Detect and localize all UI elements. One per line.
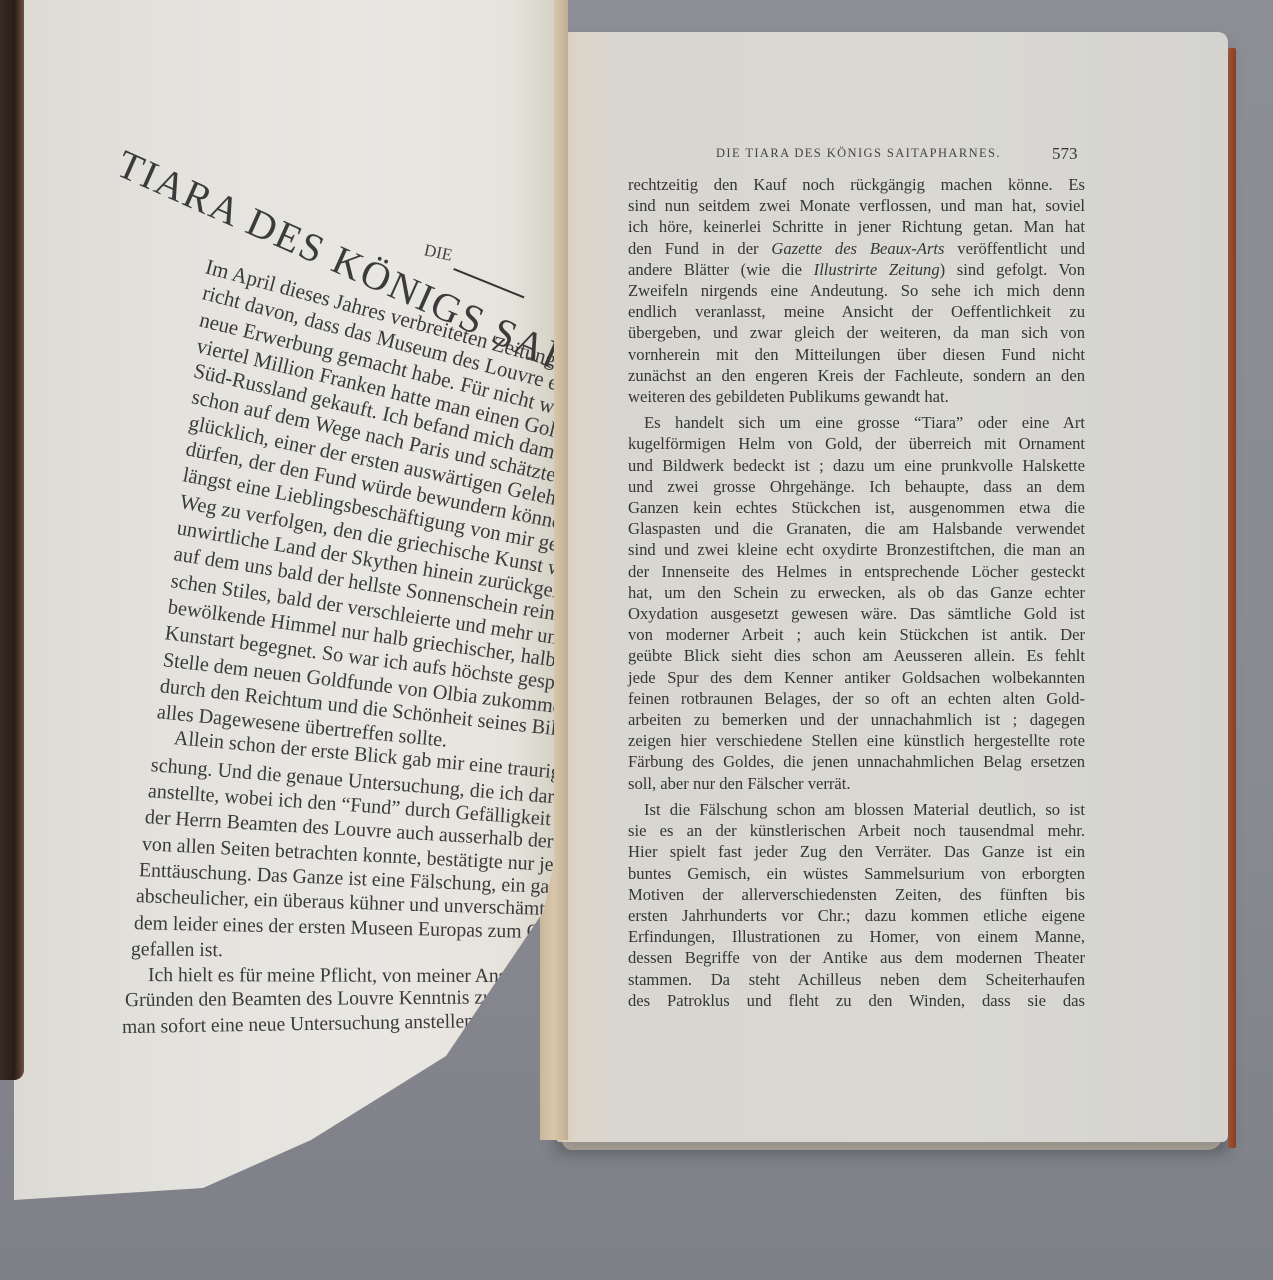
- text-line: zeigen hier verschiedene Stellen eine kü…: [628, 730, 1085, 751]
- paragraph-2: Es handelt sich um eine grosse “Tiara” o…: [628, 412, 1085, 794]
- text-line: Motiven der allerverschiedensten Zeiten,…: [628, 884, 1085, 905]
- text-line: geübte Blick sieht dies schon am Aeusser…: [628, 645, 1085, 666]
- text-line: jede Spur des dem Kenner antiker Goldsac…: [628, 667, 1085, 688]
- text-line: feinen rotbraunen Belages, der so oft an…: [628, 688, 1085, 709]
- paragraph-1: rechtzeitig den Kauf noch rückgängig mac…: [628, 174, 1085, 407]
- text-line: des Patroklus und fleht zu den Winden, d…: [628, 990, 1085, 1011]
- text-line: von moderner Arbeit ; auch kein Stückche…: [628, 624, 1085, 645]
- text-line: arbeiten zu bemerken und der unnachahmli…: [628, 709, 1085, 730]
- text-line: Oxydation ausgesetzt gewesen wäre. Das s…: [628, 603, 1085, 624]
- text-line: Ganzen kein echtes Stückchen ist, ausgen…: [628, 497, 1085, 518]
- text-line: sie es an der künstlerischen Arbeit noch…: [628, 820, 1085, 841]
- text-line: andere Blätter (wie die Illustrirte Zeit…: [628, 259, 1085, 280]
- open-book-photo: Die Tiara des Königs Saitapharnes. 573 r…: [0, 0, 1273, 1280]
- text-line: und zwei grosse Ohrgehänge. Ich behaupte…: [628, 476, 1085, 497]
- chapter-label: Die: [422, 240, 454, 265]
- paragraph-3: Ist die Fälschung schon am blossen Mater…: [628, 799, 1085, 1011]
- text-line: Ist die Fälschung schon am blossen Mater…: [628, 799, 1085, 820]
- text-line: Färbung des Goldes, die jenen unnachahml…: [628, 751, 1085, 772]
- right-page-body: rechtzeitig den Kauf noch rückgängig mac…: [628, 174, 1085, 1011]
- text-line: stammen. Da steht Achilleus neben dem Sc…: [628, 969, 1085, 990]
- text-line: sind nun seitdem zwei Monate verflossen,…: [628, 195, 1085, 216]
- text-line: Glaspasten und die Granaten, die am Hals…: [628, 518, 1085, 539]
- page-number: 573: [1052, 144, 1078, 164]
- text-line: ersten Jahrhunderts vor Chr.; dazu komme…: [628, 905, 1085, 926]
- text-line: zunächst an den engeren Kreis der Fachle…: [628, 365, 1085, 386]
- text-line: endlich veranlasst, meine Ansicht der Oe…: [628, 301, 1085, 322]
- text-line: sind und zwei kleine echt oxydirte Bronz…: [628, 539, 1085, 560]
- text-line: hat, um den Schein zu erwecken, als ob d…: [628, 582, 1085, 603]
- text-line: buntes Gemisch, ein wüstes Sammelsurium …: [628, 863, 1085, 884]
- text-line: weiteren des gebildeten Publikums gewand…: [628, 386, 1085, 407]
- book-cover-edge-right: [1228, 48, 1236, 1148]
- text-line: den Fund in der Gazette des Beaux-Arts v…: [628, 238, 1085, 259]
- text-line: ich höre, keinerlei Schritte in jener Ri…: [628, 216, 1085, 237]
- text-line: gefallen ist.: [130, 938, 222, 963]
- text-line: Es handelt sich um eine grosse “Tiara” o…: [628, 412, 1085, 433]
- text-line: und Bildwerk bedeckt ist ; dazu um eine …: [628, 455, 1085, 476]
- text-line: rechtzeitig den Kauf noch rückgängig mac…: [628, 174, 1085, 195]
- book-cover-edge-left: [0, 0, 24, 1080]
- text-line: man sofort eine neue Untersuchung anstel…: [122, 1009, 554, 1039]
- running-head: Die Tiara des Königs Saitapharnes.: [716, 146, 1001, 161]
- text-line: vornherein mit den Mitteilungen über die…: [628, 344, 1085, 365]
- text-line: Zweifeln nirgends eine Andeutung. So seh…: [628, 280, 1085, 301]
- text-line: dessen Begriffe von der Antike aus dem m…: [628, 947, 1085, 968]
- left-page: Tiara des Königs Saitapharnes Die Im Apr…: [14, 0, 554, 1200]
- text-line: Hier spielt fast jeder Zug den Verräter.…: [628, 841, 1085, 862]
- text-line: soll, aber nur den Fälscher verrät.: [628, 773, 1085, 794]
- text-line: Gründen den Beamten des Louvre Kenntnis …: [125, 987, 554, 1013]
- text-line: Ich hielt es für meine Pflicht, von mein…: [148, 964, 554, 989]
- text-line: Erfindungen, Illustrationen zu Homer, vo…: [628, 926, 1085, 947]
- text-line: übergeben, und zwar gleich der weiteren,…: [628, 322, 1085, 343]
- text-line: kugelförmigen Helm von Gold, der überrei…: [628, 433, 1085, 454]
- text-line: der Innenseite des Helmes in entsprechen…: [628, 561, 1085, 582]
